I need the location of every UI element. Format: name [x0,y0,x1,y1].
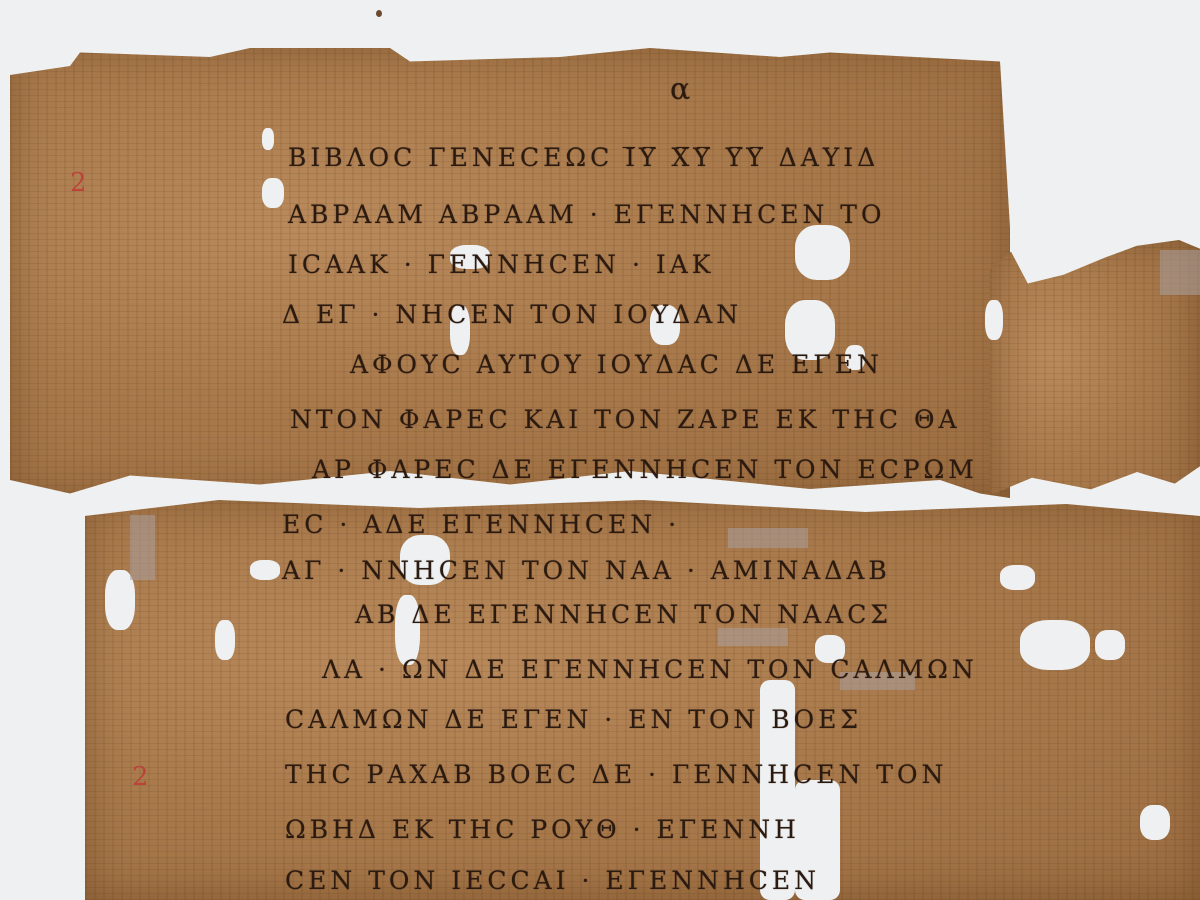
page-number: α [670,72,694,107]
text-line: ΒΙΒΛΟϹ ΓΕΝΕϹΕΩϹ Ι̅Υ̅ Χ̅Υ̅ Υ̅Υ̅ ΔΑΥΙΔ [288,143,879,172]
lacuna [1095,630,1125,660]
text-line: ϹΑΛΜΩΝ ΔΕ ΕΓΕΝ · ΕΝ ΤΟΝ ΒΟΕΣ [285,705,862,734]
lacuna [215,620,235,660]
text-line: ΑΒ ΔΕ ΕΓΕΝΝΗϹΕΝ ΤΟΝ ΝΑΑϹΣ [355,600,892,629]
conservation-tape [728,528,808,548]
text-line: ϹΕΝ ΤΟΝ ΙΕϹϹΑΙ · ΕΓΕΝΝΗϹΕΝ [285,866,820,895]
lacuna [1000,565,1035,590]
lacuna [795,225,850,280]
text-line: ΕϹ · ΑΔΕ ΕΓΕΝΝΗϹΕΝ · [282,510,680,539]
text-line: ΛΑ · ΩΝ ΔΕ ΕΓΕΝΝΗϹΕΝ ΤΟΝ ϹΑΛΜΩΝ [322,655,978,684]
text-line: ΑΦΟΥϹ ΑΥΤΟΥ ΙΟΥΔΑϹ ΔΕ ΕΓΕΝ [350,350,883,379]
lacuna [1020,620,1090,670]
lacuna [250,560,280,580]
conservation-tape [1160,250,1200,295]
text-line: ΤΗϹ ΡΑΧΑΒ ΒΟΕϹ ΔΕ · ΓΕΝΝΗϹΕΝ ΤΟΝ [285,760,947,789]
text-line: ΑΒΡΑΑΜ ΑΒΡΑΑΜ · ΕΓΕΝΝΗϹΕΝ ΤΟ [288,200,885,229]
margin-numeral: 2 [70,168,87,198]
lacuna [262,178,284,208]
debris-speck [376,10,382,17]
text-line: ΝΤΟΝ ΦΑΡΕϹ ΚΑΙ ΤΟΝ ΖΑΡΕ ΕΚ ΤΗϹ ΘΑ [290,405,961,434]
lacuna [262,128,274,150]
lacuna [985,300,1003,340]
conservation-tape [130,515,155,580]
background-gap [0,495,85,900]
text-line: ΩΒΗΔ ΕΚ ΤΗϹ ΡΟΥΘ · ΕΓΕΝΝΗ [285,815,800,844]
lacuna [1140,805,1170,840]
text-line: Δ ΕΓ · ΝΗϹΕΝ ΤΟΝ ΙΟΥΔΑΝ [282,300,742,329]
text-line: ΑΓ · ΝΝΗϹΕΝ ΤΟΝ ΝΑΑ · ΑΜΙΝΑΔΑΒ [282,556,891,585]
conservation-tape [718,628,788,646]
text-line: ΙϹΑΑΚ · ΓΕΝΝΗϹΕΝ · ΙΑΚ [288,250,714,279]
margin-numeral: 2 [132,762,149,792]
text-line: ΑΡ ΦΑΡΕϹ ΔΕ ΕΓΕΝΝΗϹΕΝ ΤΟΝ ΕϹΡΩΜ [312,455,978,484]
